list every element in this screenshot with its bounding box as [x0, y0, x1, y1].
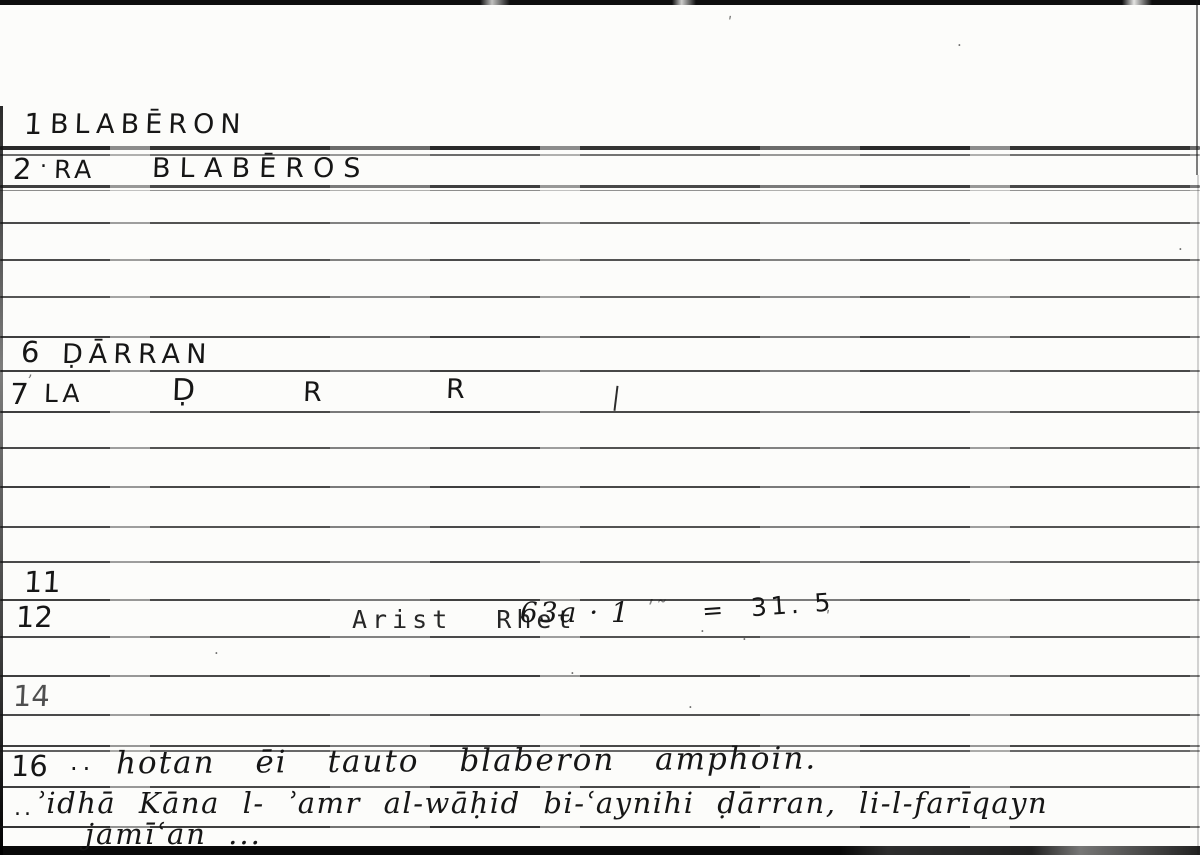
ruled-line [0, 750, 1200, 752]
entry-2-word-ra: RA [53, 155, 95, 184]
ruled-line [0, 259, 1200, 261]
scan-speck: . [214, 640, 219, 658]
ruled-line [0, 599, 1200, 601]
arabic-line-dots: .. [14, 796, 34, 821]
ruled-line [0, 411, 1200, 413]
ruled-line [0, 370, 1200, 372]
entry-2-dot: . [40, 148, 47, 173]
ruled-line [0, 714, 1200, 716]
scan-speck: , [28, 362, 33, 380]
ruled-line [0, 185, 1200, 188]
ruled-line [0, 561, 1200, 563]
ruled-line [0, 222, 1200, 224]
arabic-transliteration-continuation: jamīʿan ... [85, 817, 262, 851]
ruled-line [0, 146, 1200, 150]
ruled-line [0, 447, 1200, 449]
entry-12-number: 12 [15, 600, 54, 634]
scanned-index-card: 1 BLABĒRON 2 . RA BLABĒROS 6 ḌĀRRAN 7 LA… [0, 0, 1200, 855]
ruled-line [0, 336, 1200, 338]
ruled-line [0, 526, 1200, 528]
scan-speck: ʹ [728, 14, 732, 32]
entry-14-number: 14 [12, 679, 51, 713]
scan-speck: . [742, 626, 747, 644]
ruled-line [0, 636, 1200, 638]
entry-11-number: 11 [23, 565, 62, 599]
scan-speck: . [688, 694, 693, 712]
entry-7-letter-r2: R [445, 374, 471, 405]
ruled-line [0, 826, 1200, 828]
ruled-line [0, 190, 1200, 191]
scan-edge-top [0, 0, 1200, 5]
entry-12-value: = 31. 5 [701, 587, 835, 625]
entry-1-headword: BLABĒRON [49, 109, 247, 140]
entry-7-stray-mark: | [610, 382, 622, 412]
ruled-line [0, 675, 1200, 677]
ruled-line [0, 154, 1200, 156]
scan-speck: . [1178, 236, 1183, 254]
entry-12-faint-marks: ʹ˜ [648, 598, 665, 623]
scan-edge-left [0, 106, 3, 855]
scan-edge-right-lower [1197, 175, 1199, 855]
entry-2-number: 2 [12, 152, 32, 186]
entry-7-letter-d: Ḍ [171, 373, 201, 408]
ruled-line [0, 296, 1200, 298]
entry-2-headword: BLABĒROS [151, 153, 369, 184]
entry-7-letter-r1: R [302, 377, 328, 408]
entry-16-dots: .. [70, 748, 95, 776]
entry-16-number: 16 [10, 749, 49, 783]
entry-1-number: 1 [23, 107, 43, 141]
arabic-transliteration-text: ʾidhā Kāna l- ʾamr al-wāḥid bi-ʿaynihi ḍ… [36, 786, 1048, 820]
scan-speck: . [957, 32, 962, 50]
entry-7-number: 7 [9, 377, 29, 411]
scan-speck: . [570, 660, 575, 678]
entry-7-word-la: LA [43, 379, 84, 408]
scan-speck: ʹ [826, 608, 830, 626]
ruled-line [0, 786, 1200, 788]
ruled-line [0, 745, 1200, 747]
ruled-line [0, 486, 1200, 488]
scan-speck: . [700, 618, 705, 636]
entry-6-headword: ḌĀRRAN [61, 339, 212, 370]
